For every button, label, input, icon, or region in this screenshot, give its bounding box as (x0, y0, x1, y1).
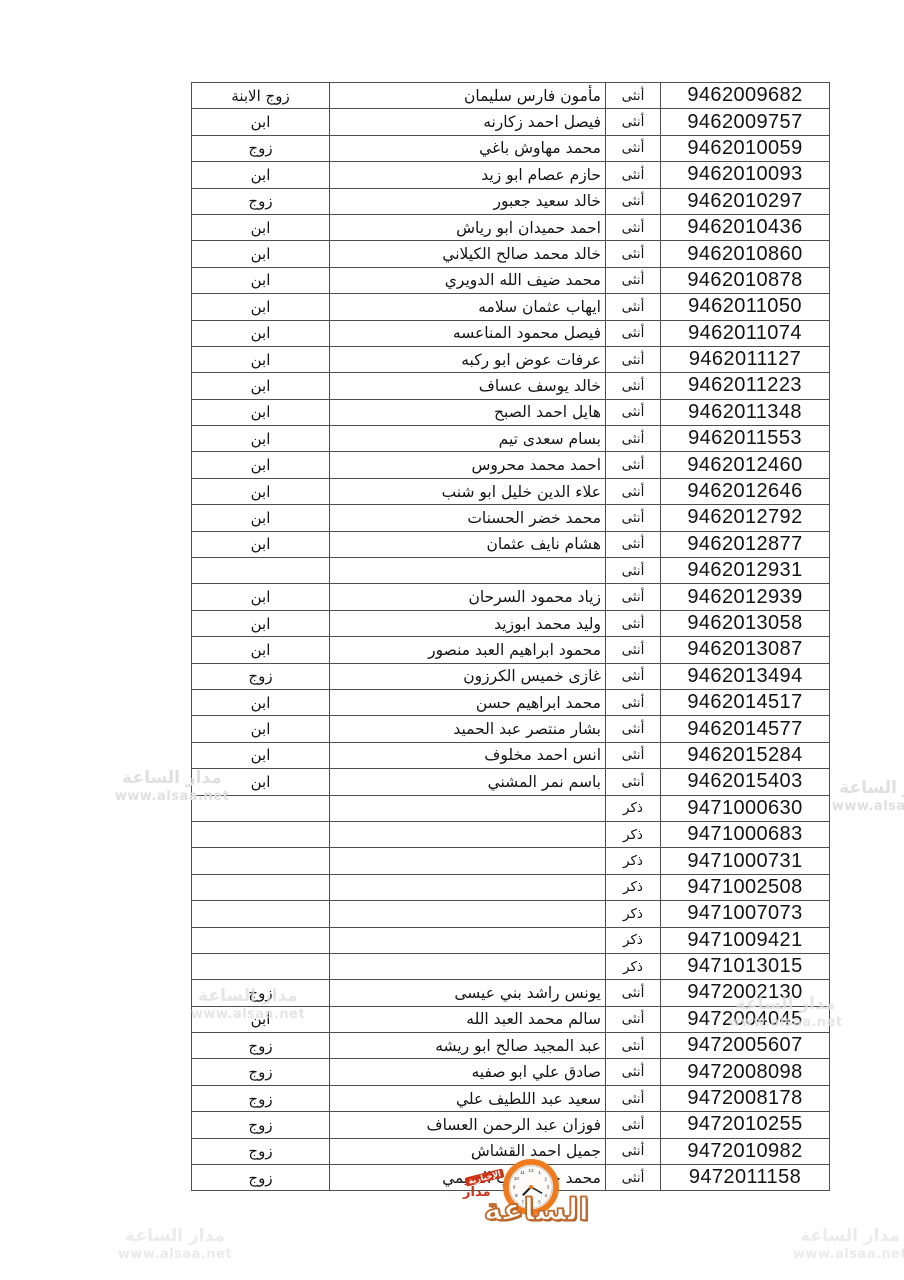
gender-cell: أنثى (606, 452, 661, 478)
gender-cell: ذكر (606, 927, 661, 953)
gender-cell: أنثى (606, 531, 661, 557)
name-cell: سعيد عبد اللطيف علي (330, 1085, 606, 1111)
id-cell: 9471002508 (661, 874, 830, 900)
id-cell: 9471007073 (661, 901, 830, 927)
relationship-cell: ابن (192, 162, 330, 188)
name-cell: غازى خميس الكرزون (330, 663, 606, 689)
name-cell: محمد خالد رجب التميمي (330, 1165, 606, 1191)
id-cell: 9462015403 (661, 769, 830, 795)
id-cell: 9462009757 (661, 109, 830, 135)
id-cell: 9462015284 (661, 742, 830, 768)
name-cell: خالد سعيد جعبور (330, 188, 606, 214)
relationship-cell: زوج (192, 135, 330, 161)
name-cell: فيصل احمد زكارنه (330, 109, 606, 135)
relationship-cell: زوج (192, 1165, 330, 1191)
id-cell: 9462012792 (661, 505, 830, 531)
id-cell: 9462011553 (661, 426, 830, 452)
relationship-cell (192, 874, 330, 900)
relationship-cell: ابن (192, 426, 330, 452)
relationship-cell: زوج (192, 1138, 330, 1164)
watermark-url: www.alsaa.net (824, 799, 904, 815)
id-cell: 9471013015 (661, 953, 830, 979)
id-cell: 9472011158 (661, 1165, 830, 1191)
gender-cell: أنثى (606, 716, 661, 742)
table-row: ذكر 9471000731 (192, 848, 830, 874)
table-row: زوج غازى خميس الكرزون أنثى 9462013494 (192, 663, 830, 689)
table-row: زوج فوزان عبد الرحمن العساف أنثى 9472010… (192, 1112, 830, 1138)
id-cell: 9472010982 (661, 1138, 830, 1164)
table-row: ابن باسم نمر المشني أنثى 9462015403 (192, 769, 830, 795)
gender-cell: ذكر (606, 795, 661, 821)
name-cell: احمد حميدان ابو رياش (330, 214, 606, 240)
name-cell (330, 821, 606, 847)
relationship-cell: ابن (192, 637, 330, 663)
id-cell: 9471000630 (661, 795, 830, 821)
id-cell: 9462013058 (661, 610, 830, 636)
relationship-cell: ابن (192, 1006, 330, 1032)
id-cell: 9472008098 (661, 1059, 830, 1085)
id-cell: 9462010093 (661, 162, 830, 188)
gender-cell: أنثى (606, 769, 661, 795)
svg-text:5: 5 (538, 1199, 541, 1205)
id-cell: 9472004045 (661, 1006, 830, 1032)
watermark-url: www.alsaa.net (790, 1247, 904, 1263)
name-cell: احمد محمد محروس (330, 452, 606, 478)
relationship-cell: ابن (192, 610, 330, 636)
gender-cell: أنثى (606, 505, 661, 531)
gender-cell: ذكر (606, 874, 661, 900)
name-cell (330, 558, 606, 584)
name-cell: سالم محمد العبد الله (330, 1006, 606, 1032)
id-cell: 9462014577 (661, 716, 830, 742)
gender-cell: أنثى (606, 346, 661, 372)
table-row: ذكر 9471009421 (192, 927, 830, 953)
relationship-cell (192, 795, 330, 821)
gender-cell: أنثى (606, 294, 661, 320)
id-cell: 9462010878 (661, 267, 830, 293)
name-cell: محمود ابراهيم العبد منصور (330, 637, 606, 663)
name-cell: انس احمد مخلوف (330, 742, 606, 768)
watermark-url: www.alsaa.net (115, 1247, 235, 1263)
name-cell: خالد يوسف عساف (330, 373, 606, 399)
gender-cell: ذكر (606, 821, 661, 847)
name-cell: وليد محمد ابوزيد (330, 610, 606, 636)
relationship-cell (192, 821, 330, 847)
watermark: مدار الساعة www.alsaa.net (824, 778, 904, 816)
gender-cell: أنثى (606, 320, 661, 346)
gender-cell: أنثى (606, 1112, 661, 1138)
table-row: ابن ايهاب عثمان سلامه أنثى 9462011050 (192, 294, 830, 320)
id-cell: 9472010255 (661, 1112, 830, 1138)
name-cell: محمد ضيف الله الدويري (330, 267, 606, 293)
name-cell: مأمون فارس سليمان (330, 83, 606, 109)
relationship-cell: ابن (192, 505, 330, 531)
gender-cell: أنثى (606, 373, 661, 399)
table-row: ابن هشام نايف عثمان أنثى 9462012877 (192, 531, 830, 557)
id-cell: 9462012646 (661, 478, 830, 504)
id-cell: 9471000731 (661, 848, 830, 874)
id-cell: 9462010860 (661, 241, 830, 267)
table-row: أنثى 9462012931 (192, 558, 830, 584)
relationship-cell: ابن (192, 267, 330, 293)
relationship-cell: زوج (192, 1085, 330, 1111)
id-cell: 9472005607 (661, 1033, 830, 1059)
id-cell: 9471000683 (661, 821, 830, 847)
id-cell: 9462010297 (661, 188, 830, 214)
table-row: ابن فيصل محمود المناعسه أنثى 9462011074 (192, 320, 830, 346)
gender-cell: أنثى (606, 1085, 661, 1111)
gender-cell: أنثى (606, 742, 661, 768)
table-row: ابن محمد ضيف الله الدويري أنثى 946201087… (192, 267, 830, 293)
gender-cell: أنثى (606, 1138, 661, 1164)
id-cell: 9472002130 (661, 980, 830, 1006)
table-row: ذكر 9471007073 (192, 901, 830, 927)
id-cell: 9472008178 (661, 1085, 830, 1111)
gender-cell: أنثى (606, 689, 661, 715)
table-row: ابن خالد يوسف عساف أنثى 9462011223 (192, 373, 830, 399)
gender-cell: أنثى (606, 83, 661, 109)
gender-cell: أنثى (606, 135, 661, 161)
name-cell (330, 901, 606, 927)
table-row: ابن زياد محمود السرحان أنثى 9462012939 (192, 584, 830, 610)
gender-cell: ذكر (606, 953, 661, 979)
id-cell: 9462012460 (661, 452, 830, 478)
name-cell: هايل احمد الصبح (330, 399, 606, 425)
watermark: مدار الساعة www.alsaa.net (115, 1226, 235, 1264)
watermark-title: مدار الساعة (115, 1226, 235, 1247)
name-cell: عرفات عوض ابو ركبه (330, 346, 606, 372)
gender-cell: أنثى (606, 478, 661, 504)
id-cell: 9462013494 (661, 663, 830, 689)
name-cell (330, 795, 606, 821)
name-cell: فوزان عبد الرحمن العساف (330, 1112, 606, 1138)
svg-text:8: 8 (515, 1193, 518, 1199)
table-row: زوج عبد المجيد صالح ابو ريشه أنثى 947200… (192, 1033, 830, 1059)
relationship-cell: زوج (192, 188, 330, 214)
table-row: زوج يونس راشد بني عيسى أنثى 9472002130 (192, 980, 830, 1006)
relationship-cell: ابن (192, 689, 330, 715)
name-cell (330, 953, 606, 979)
gender-cell: أنثى (606, 610, 661, 636)
relationship-cell (192, 901, 330, 927)
relationship-cell: ابن (192, 294, 330, 320)
id-cell: 9462011074 (661, 320, 830, 346)
gender-cell: أنثى (606, 980, 661, 1006)
table-row: ذكر 9471002508 (192, 874, 830, 900)
name-cell: جميل احمد القشاش (330, 1138, 606, 1164)
relationship-cell: زوج (192, 1059, 330, 1085)
relationship-cell: زوج (192, 980, 330, 1006)
table-row: ابن هايل احمد الصبح أنثى 9462011348 (192, 399, 830, 425)
watermark-title: مدار الساعة (790, 1226, 904, 1247)
table-row: ابن علاء الدين خليل ابو شنب أنثى 9462012… (192, 478, 830, 504)
name-cell: خالد محمد صالح الكيلاني (330, 241, 606, 267)
table-row: زوج محمد مهاوش باغي أنثى 9462010059 (192, 135, 830, 161)
watermark-title: مدار الساعة (824, 778, 904, 799)
name-cell: فيصل محمود المناعسه (330, 320, 606, 346)
id-cell: 9471009421 (661, 927, 830, 953)
id-cell: 9462011050 (661, 294, 830, 320)
gender-cell: أنثى (606, 267, 661, 293)
relationship-cell: ابن (192, 452, 330, 478)
name-cell: محمد مهاوش باغي (330, 135, 606, 161)
table-row: ابن بسام سعدى تيم أنثى 9462011553 (192, 426, 830, 452)
id-cell: 9462013087 (661, 637, 830, 663)
table-row: ابن محمد خضر الحسنات أنثى 9462012792 (192, 505, 830, 531)
gender-cell: أنثى (606, 188, 661, 214)
table-row: زوج خالد سعيد جعبور أنثى 9462010297 (192, 188, 830, 214)
id-cell: 9462010059 (661, 135, 830, 161)
relationship-cell: ابن (192, 478, 330, 504)
gender-cell: أنثى (606, 109, 661, 135)
table-row: ابن احمد حميدان ابو رياش أنثى 9462010436 (192, 214, 830, 240)
gender-cell: أنثى (606, 214, 661, 240)
id-cell: 9462010436 (661, 214, 830, 240)
name-cell: محمد خضر الحسنات (330, 505, 606, 531)
relationship-cell: زوج (192, 663, 330, 689)
relationship-cell (192, 848, 330, 874)
gender-cell: أنثى (606, 637, 661, 663)
name-cell: صادق علي ابو صفيه (330, 1059, 606, 1085)
name-cell: بشار منتصر عبد الحميد (330, 716, 606, 742)
gender-cell: أنثى (606, 1059, 661, 1085)
gender-cell: أنثى (606, 1165, 661, 1191)
table-row: ابن حازم عصام ابو زيد أنثى 9462010093 (192, 162, 830, 188)
relationship-cell: ابن (192, 241, 330, 267)
relationship-cell: ابن (192, 742, 330, 768)
table-row: ابن بشار منتصر عبد الحميد أنثى 946201457… (192, 716, 830, 742)
table-row: ابن احمد محمد محروس أنثى 9462012460 (192, 452, 830, 478)
gender-cell: أنثى (606, 584, 661, 610)
relationship-cell: زوج (192, 1033, 330, 1059)
relationship-cell: ابن (192, 716, 330, 742)
table-row: ابن انس احمد مخلوف أنثى 9462015284 (192, 742, 830, 768)
gender-cell: أنثى (606, 399, 661, 425)
gender-cell: أنثى (606, 162, 661, 188)
table-row: ذكر 9471000630 (192, 795, 830, 821)
name-cell: حازم عصام ابو زيد (330, 162, 606, 188)
relationship-cell: زوج (192, 1112, 330, 1138)
records-table-body: زوج الابنة مأمون فارس سليمان أنثى 946200… (192, 83, 830, 1191)
name-cell: علاء الدين خليل ابو شنب (330, 478, 606, 504)
relationship-cell: ابن (192, 373, 330, 399)
records-table: زوج الابنة مأمون فارس سليمان أنثى 946200… (191, 82, 830, 1191)
name-cell (330, 874, 606, 900)
table-row: ذكر 9471013015 (192, 953, 830, 979)
table-row: ابن محمد ابراهيم حسن أنثى 9462014517 (192, 689, 830, 715)
gender-cell: أنثى (606, 663, 661, 689)
relationship-cell: زوج الابنة (192, 83, 330, 109)
gender-cell: ذكر (606, 848, 661, 874)
id-cell: 9462011223 (661, 373, 830, 399)
table-row: ابن عرفات عوض ابو ركبه أنثى 9462011127 (192, 346, 830, 372)
relationship-cell: ابن (192, 320, 330, 346)
relationship-cell (192, 558, 330, 584)
name-cell: باسم نمر المشني (330, 769, 606, 795)
name-cell: ايهاب عثمان سلامه (330, 294, 606, 320)
relationship-cell: ابن (192, 584, 330, 610)
svg-text:6: 6 (530, 1202, 533, 1208)
id-cell: 9462011348 (661, 399, 830, 425)
gender-cell: أنثى (606, 426, 661, 452)
id-cell: 9462012939 (661, 584, 830, 610)
table-row: ابن وليد محمد ابوزيد أنثى 9462013058 (192, 610, 830, 636)
id-cell: 9462009682 (661, 83, 830, 109)
table-row: زوج صادق علي ابو صفيه أنثى 9472008098 (192, 1059, 830, 1085)
name-cell (330, 848, 606, 874)
relationship-cell: ابن (192, 531, 330, 557)
table-row: ابن خالد محمد صالح الكيلاني أنثى 9462010… (192, 241, 830, 267)
gender-cell: أنثى (606, 1033, 661, 1059)
name-cell: محمد ابراهيم حسن (330, 689, 606, 715)
name-cell: يونس راشد بني عيسى (330, 980, 606, 1006)
name-cell: زياد محمود السرحان (330, 584, 606, 610)
svg-text:4: 4 (544, 1193, 547, 1199)
relationship-cell: ابن (192, 109, 330, 135)
name-cell: عبد المجيد صالح ابو ريشه (330, 1033, 606, 1059)
relationship-cell (192, 953, 330, 979)
gender-cell: أنثى (606, 241, 661, 267)
gender-cell: ذكر (606, 901, 661, 927)
table-row: زوج جميل احمد القشاش أنثى 9472010982 (192, 1138, 830, 1164)
table-row: ذكر 9471000683 (192, 821, 830, 847)
name-cell: بسام سعدى تيم (330, 426, 606, 452)
table-row: زوج محمد خالد رجب التميمي أنثى 947201115… (192, 1165, 830, 1191)
id-cell: 9462012877 (661, 531, 830, 557)
id-cell: 9462014517 (661, 689, 830, 715)
table-row: ابن فيصل احمد زكارنه أنثى 9462009757 (192, 109, 830, 135)
logo-title: الساعة (469, 1192, 589, 1228)
name-cell: هشام نايف عثمان (330, 531, 606, 557)
gender-cell: أنثى (606, 558, 661, 584)
table-row: ابن سالم محمد العبد الله أنثى 9472004045 (192, 1006, 830, 1032)
relationship-cell: ابن (192, 346, 330, 372)
relationship-cell (192, 927, 330, 953)
id-cell: 9462011127 (661, 346, 830, 372)
table-row: ابن محمود ابراهيم العبد منصور أنثى 94620… (192, 637, 830, 663)
id-cell: 9462012931 (661, 558, 830, 584)
table-row: زوج سعيد عبد اللطيف علي أنثى 9472008178 (192, 1085, 830, 1111)
table-row: زوج الابنة مأمون فارس سليمان أنثى 946200… (192, 83, 830, 109)
gender-cell: أنثى (606, 1006, 661, 1032)
relationship-cell: ابن (192, 399, 330, 425)
watermark: مدار الساعة www.alsaa.net (790, 1226, 904, 1264)
relationship-cell: ابن (192, 214, 330, 240)
name-cell (330, 927, 606, 953)
relationship-cell: ابن (192, 769, 330, 795)
svg-text:7: 7 (521, 1199, 524, 1205)
